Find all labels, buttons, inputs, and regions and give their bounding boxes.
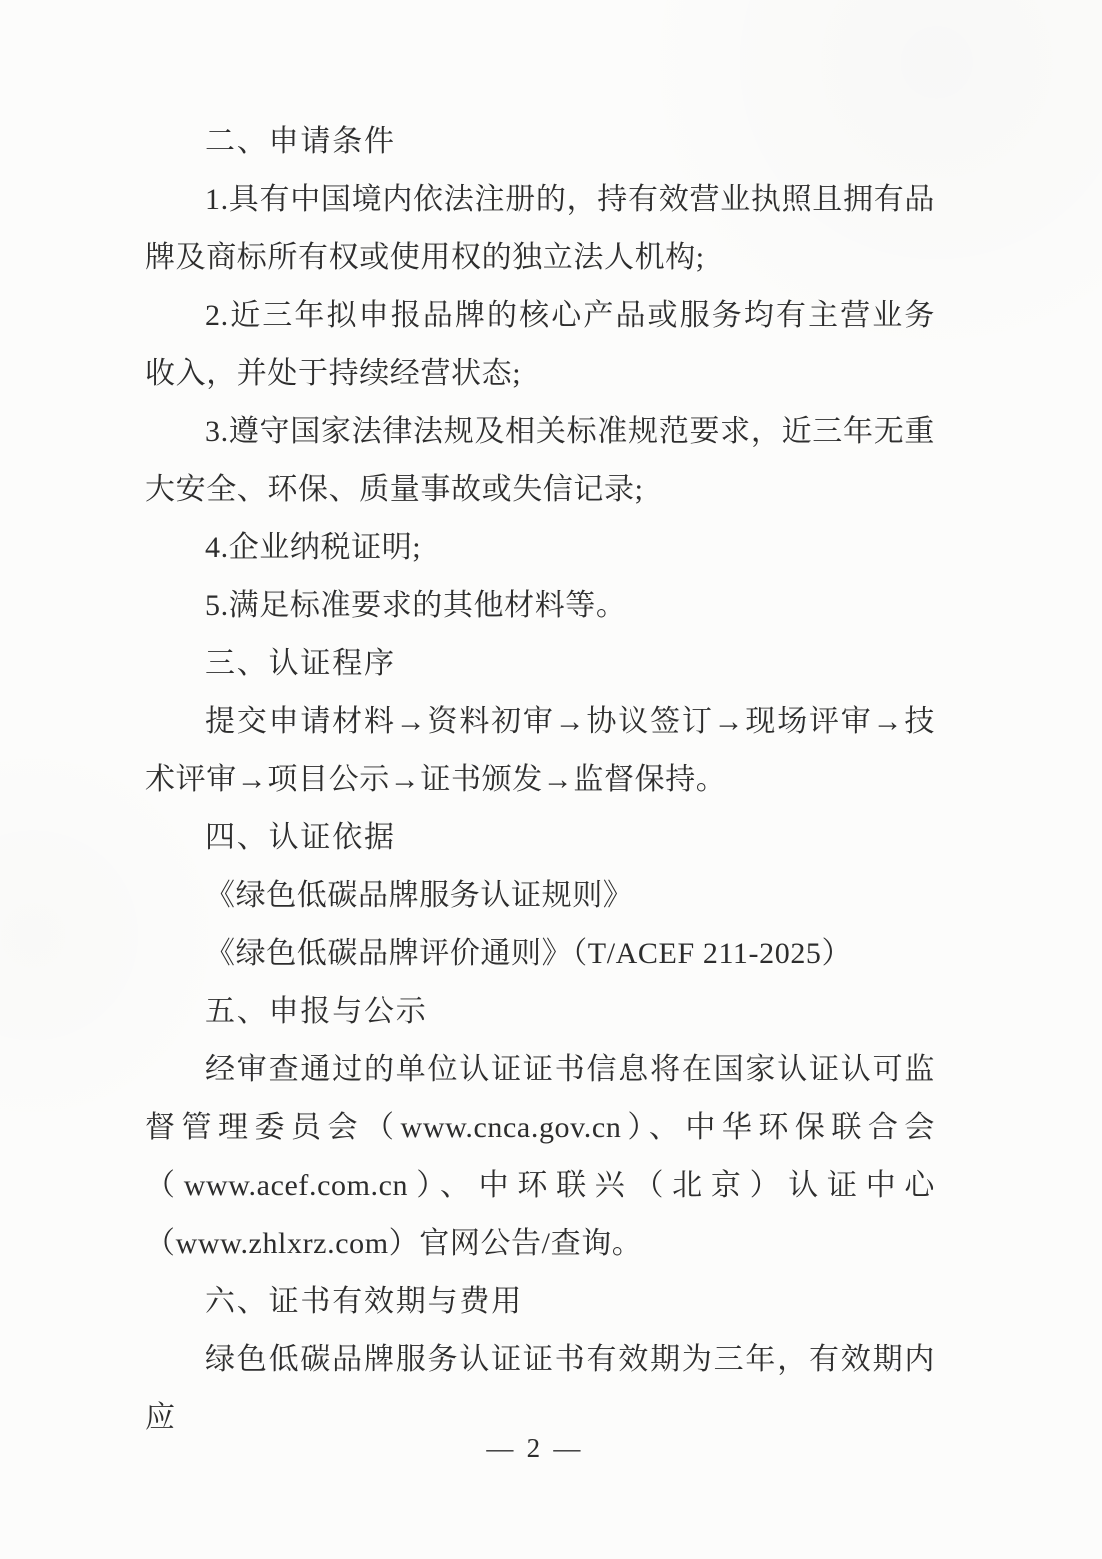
text-line: 绿色低碳品牌服务认证证书有效期为三年，有效期内应 (145, 1331, 935, 1389)
text-line: 《绿色低碳品牌评价通则》（T/ACEF 211-2025） (145, 925, 935, 983)
text-line: 术评审→项目公示→证书颁发→监督保持。 (145, 751, 935, 809)
text-line: 经审查通过的单位认证证书信息将在国家认证认可监 (145, 1041, 935, 1099)
section-heading: 二、申请条件 (145, 113, 935, 171)
paragraph: 4.企业纳税证明; (145, 519, 935, 577)
section-heading: 五、申报与公示 (145, 983, 935, 1041)
section-heading: 三、认证程序 (145, 635, 935, 693)
text-line: 六、证书有效期与费用 (145, 1273, 935, 1331)
section-heading: 六、证书有效期与费用 (145, 1273, 935, 1331)
text-line: 二、申请条件 (145, 113, 935, 171)
text-line: 2.近三年拟申报品牌的核心产品或服务均有主营业务 (145, 287, 935, 345)
paragraph: 绿色低碳品牌服务认证证书有效期为三年，有效期内应 (145, 1331, 935, 1389)
text-line: 《绿色低碳品牌服务认证规则》 (145, 867, 935, 925)
paragraph: 《绿色低碳品牌服务认证规则》 (145, 867, 935, 925)
page-number: — 2 — (0, 1424, 1070, 1472)
text-line: 大安全、环保、质量事故或失信记录; (145, 461, 935, 519)
text-line: 3.遵守国家法律法规及相关标准规范要求，近三年无重 (145, 403, 935, 461)
text-line: 收入，并处于持续经营状态; (145, 345, 935, 403)
text-line: 提交申请材料→资料初审→协议签订→现场评审→技 (145, 693, 935, 751)
paragraph: 《绿色低碳品牌评价通则》（T/ACEF 211-2025） (145, 925, 935, 983)
paragraph: 经审查通过的单位认证证书信息将在国家认证认可监督管理委员会（www.cnca.g… (145, 1041, 935, 1273)
paragraph: 1.具有中国境内依法注册的，持有效营业执照且拥有品牌及商标所有权或使用权的独立法… (145, 171, 935, 287)
document-page: 二、申请条件1.具有中国境内依法注册的，持有效营业执照且拥有品牌及商标所有权或使… (0, 0, 1102, 1559)
text-line: 督管理委员会（www.cnca.gov.cn）、中华环保联合会 (145, 1099, 935, 1157)
text-line: 牌及商标所有权或使用权的独立法人机构; (145, 229, 935, 287)
text-line: 四、认证依据 (145, 809, 935, 867)
document-body: 二、申请条件1.具有中国境内依法注册的，持有效营业执照且拥有品牌及商标所有权或使… (145, 113, 935, 1389)
paragraph: 提交申请材料→资料初审→协议签订→现场评审→技术评审→项目公示→证书颁发→监督保… (145, 693, 935, 809)
text-line: 1.具有中国境内依法注册的，持有效营业执照且拥有品 (145, 171, 935, 229)
paragraph: 3.遵守国家法律法规及相关标准规范要求，近三年无重大安全、环保、质量事故或失信记… (145, 403, 935, 519)
text-line: （www.zhlxrz.com）官网公告/查询。 (145, 1215, 935, 1273)
text-line: 5.满足标准要求的其他材料等。 (145, 577, 935, 635)
paragraph: 5.满足标准要求的其他材料等。 (145, 577, 935, 635)
text-line: 三、认证程序 (145, 635, 935, 693)
text-line: （www.acef.com.cn）、中环联兴（北京）认证中心 (145, 1157, 935, 1215)
text-line: 五、申报与公示 (145, 983, 935, 1041)
paragraph: 2.近三年拟申报品牌的核心产品或服务均有主营业务收入，并处于持续经营状态; (145, 287, 935, 403)
text-line: 4.企业纳税证明; (145, 519, 935, 577)
section-heading: 四、认证依据 (145, 809, 935, 867)
